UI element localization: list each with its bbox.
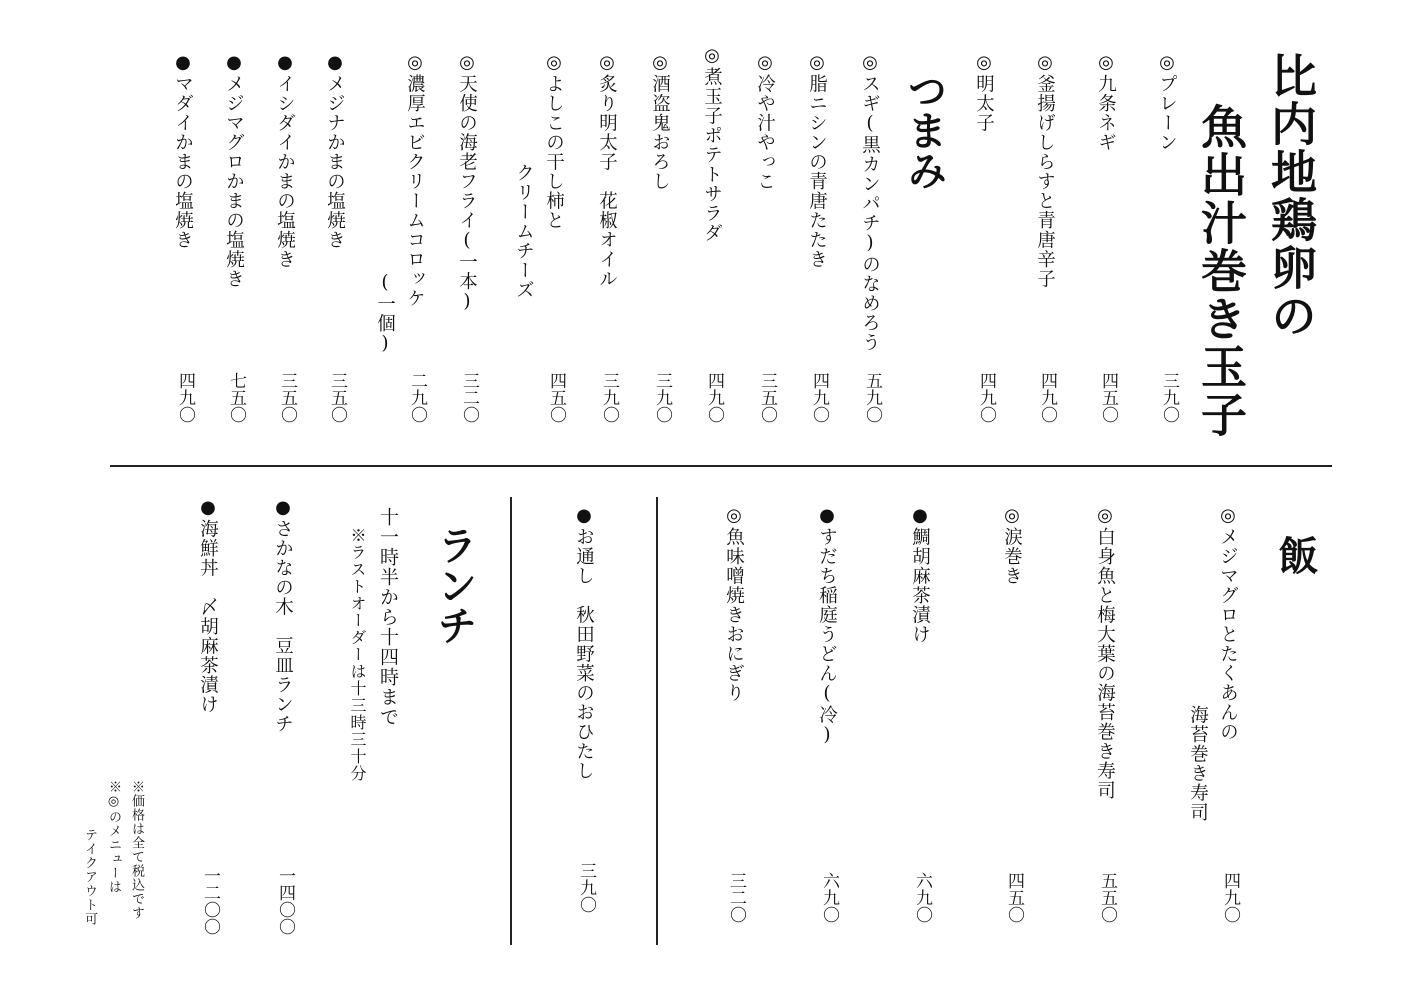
lunch-last-order: ※ラストオーダーは十三時三十分: [349, 527, 365, 782]
bullet-mark-icon: ●: [274, 497, 292, 519]
note-takeout-line1: ※◎のメニューは: [107, 780, 120, 894]
double-circle-mark-icon: ◎: [756, 52, 774, 74]
item-name: 冷や汁やっこ: [755, 74, 776, 191]
item-price: 三五〇: [758, 372, 775, 423]
item-name: メジナかまの塩焼き: [325, 74, 346, 250]
item-name: マダイかまの塩焼き: [173, 74, 194, 250]
horizontal-divider: [110, 465, 1332, 467]
menu-item: ◎メジマグロとたくあんの: [1218, 505, 1237, 742]
menu-item: ◎脂ニシンの青唐たたき: [807, 52, 826, 269]
item-price: 六九〇: [820, 872, 837, 923]
menu-item: ◎酒盗鬼おろし: [650, 52, 669, 191]
item-price: 七五〇: [227, 372, 244, 423]
item-price: 四五〇: [1099, 372, 1116, 423]
bullet-mark-icon: ●: [225, 52, 243, 74]
item-price: 四五〇: [1005, 872, 1022, 923]
double-circle-mark-icon: ◎: [975, 52, 993, 74]
item-name: 濃厚エビクリームコロッケ: [405, 74, 426, 308]
bullet-mark-icon: ●: [174, 52, 192, 74]
double-circle-mark-icon: ◎: [1096, 505, 1114, 527]
item-price: 三九〇: [653, 372, 670, 423]
item-price: 四九〇: [810, 372, 827, 423]
item-price: 四九〇: [705, 372, 722, 423]
item-price: 三九〇: [600, 372, 617, 423]
menu-item: ●マダイかまの塩焼き: [173, 52, 192, 250]
menu-item-shirasu: ◎釜揚げしらすと青唐辛子: [1035, 52, 1054, 289]
double-circle-mark-icon: ◎: [1036, 52, 1054, 74]
menu-item: ◎涙巻き: [1002, 505, 1021, 586]
item-price: 三二〇: [460, 372, 477, 423]
item-price: 四九〇: [1221, 872, 1238, 923]
item-name: 煮玉子ポテトサラダ: [702, 67, 723, 243]
item-name: 白身魚と梅大葉の海苔巻き寿司: [1095, 527, 1116, 800]
menu-item-otoshi: ●お通し 秋田野菜のおひたし: [574, 505, 593, 781]
bullet-mark-icon: ●: [326, 52, 344, 74]
item-name: 脂ニシンの青唐たたき: [807, 74, 828, 269]
double-circle-mark-icon: ◎: [1158, 52, 1176, 74]
menu-item: ●さかなの木 豆皿ランチ: [273, 497, 292, 734]
item-price: 三九〇: [1160, 372, 1177, 423]
item-price: 四五〇: [547, 372, 564, 423]
double-circle-mark-icon: ◎: [545, 52, 563, 74]
item-name: メジマグロかまの塩焼き: [224, 74, 245, 289]
double-circle-mark-icon: ◎: [725, 505, 743, 527]
item-price: 三二〇: [727, 872, 744, 923]
item-name: 釜揚げしらすと青唐辛子: [1035, 74, 1056, 289]
item-price: 五九〇: [863, 372, 880, 423]
menu-item: ◎スギ(黒カンパチ)のなめろう: [860, 52, 879, 352]
item-name-line2: クリームチーズ: [514, 163, 533, 300]
item-name-line2: (一個): [375, 272, 394, 355]
item-price: 五五〇: [1098, 872, 1115, 923]
title-line2: 魚出汁巻き玉子: [1198, 103, 1244, 439]
item-name: 涙巻き: [1002, 527, 1023, 586]
section-heading-meshi: 飯: [1275, 535, 1315, 575]
double-circle-mark-icon: ◎: [861, 52, 879, 74]
item-name: 九条ネギ: [1096, 74, 1117, 152]
lunch-hours: 十一時半から十四時まで: [378, 507, 397, 727]
double-circle-mark-icon: ◎: [1003, 505, 1021, 527]
note-tax-included: ※価格は全て税込です: [130, 780, 143, 920]
menu-item: ●メジナかまの塩焼き: [325, 52, 344, 250]
item-name: イシダイかまの塩焼き: [275, 74, 296, 269]
item-price: 四九〇: [1038, 372, 1055, 423]
item-price: 二九〇: [408, 372, 425, 423]
double-circle-mark-icon: ◎: [458, 52, 476, 74]
item-name: 酒盗鬼おろし: [650, 74, 671, 191]
item-price: 四九〇: [977, 372, 994, 423]
vertical-divider: [510, 497, 512, 945]
double-circle-mark-icon: ◎: [808, 52, 826, 74]
menu-item-plain: ◎プレーン: [1157, 52, 1176, 152]
menu-item: ◎白身魚と梅大葉の海苔巻き寿司: [1095, 505, 1114, 800]
item-price: 三五〇: [328, 372, 345, 423]
item-name: お通し 秋田野菜のおひたし: [574, 527, 595, 781]
item-name: メジマグロとたくあんの: [1218, 527, 1239, 742]
title-line1: 比内地鶏卵の: [1268, 52, 1314, 340]
double-circle-mark-icon: ◎: [651, 52, 669, 74]
item-name: 鯛胡麻茶漬け: [910, 527, 931, 644]
item-price: 四九〇: [176, 372, 193, 423]
menu-item: ◎魚味噌焼きおにぎり: [724, 505, 743, 703]
menu-item: ●すだち稲庭うどん(冷): [817, 505, 836, 747]
item-name: スギ(黒カンパチ)のなめろう: [860, 74, 881, 352]
bullet-mark-icon: ●: [911, 505, 929, 527]
item-name: さかなの木 豆皿ランチ: [273, 519, 294, 734]
item-name: 明太子: [974, 74, 995, 133]
item-price: 三五〇: [278, 372, 295, 423]
bullet-mark-icon: ●: [818, 505, 836, 527]
item-name: 魚味噌焼きおにぎり: [724, 527, 745, 703]
double-circle-mark-icon: ◎: [598, 52, 616, 74]
menu-item: ◎よしこの干し柿と: [544, 52, 563, 230]
menu-item: ◎冷や汁やっこ: [755, 52, 774, 191]
item-price: 一四〇〇: [276, 867, 293, 935]
menu-item: ◎煮玉子ポテトサラダ: [702, 45, 721, 243]
double-circle-mark-icon: ◎: [1097, 52, 1115, 74]
menu-item-kujo-negi: ◎九条ネギ: [1096, 52, 1115, 152]
menu-item: ◎濃厚エビクリームコロッケ: [405, 52, 424, 308]
item-name: 天使の海老フライ(一本): [457, 74, 478, 313]
menu-item: ◎炙り明太子 花椒オイル: [597, 52, 616, 289]
menu-item: ●イシダイかまの塩焼き: [275, 52, 294, 269]
item-price: 一二〇〇: [201, 867, 218, 935]
section-heading-tsumami: つまみ: [904, 70, 944, 190]
bullet-mark-icon: ●: [199, 497, 217, 519]
vertical-divider: [656, 497, 658, 945]
item-name-line2: 海苔巻き寿司: [1188, 705, 1207, 822]
item-name: プレーン: [1157, 74, 1178, 152]
bullet-mark-icon: ●: [575, 505, 593, 527]
menu-item: ●海鮮丼 〆胡麻茶漬け: [198, 497, 217, 714]
item-name: 炙り明太子 花椒オイル: [597, 74, 618, 289]
section-heading-lunch: ランチ: [434, 525, 474, 645]
menu-item: ◎天使の海老フライ(一本): [457, 52, 476, 313]
menu-item-mentaiko: ◎明太子: [974, 52, 993, 133]
note-takeout-line2: テイクアウト可: [83, 828, 96, 926]
menu-item: ●メジマグロかまの塩焼き: [224, 52, 243, 289]
double-circle-mark-icon: ◎: [1219, 505, 1237, 527]
item-price: 六九〇: [913, 872, 930, 923]
menu-item: ●鯛胡麻茶漬け: [910, 505, 929, 644]
item-name: すだち稲庭うどん(冷): [817, 527, 838, 747]
double-circle-mark-icon: ◎: [406, 52, 424, 74]
double-circle-mark-icon: ◎: [703, 45, 721, 67]
item-name: よしこの干し柿と: [544, 74, 565, 230]
item-name: 海鮮丼 〆胡麻茶漬け: [198, 519, 219, 714]
bullet-mark-icon: ●: [276, 52, 294, 74]
item-price: 三九〇: [577, 862, 594, 913]
